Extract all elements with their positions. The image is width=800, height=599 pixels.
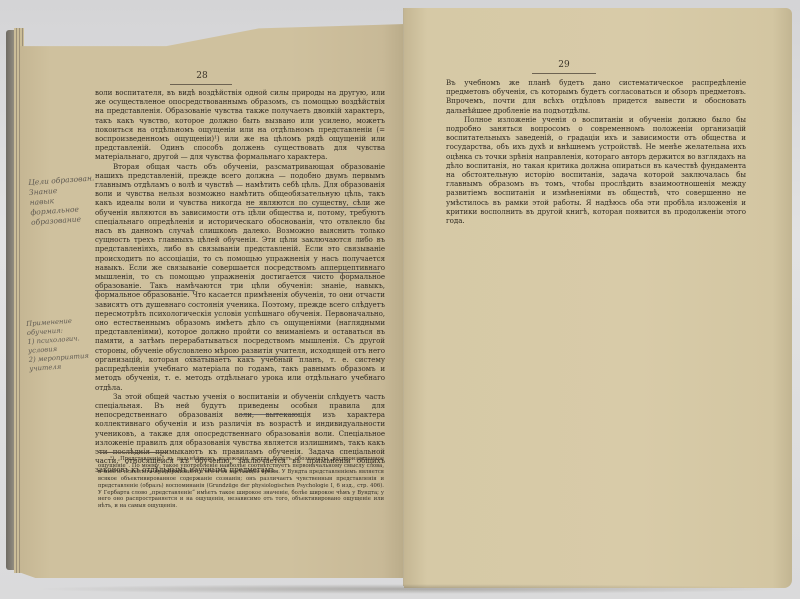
footnote-rule [98,452,168,453]
right-page-body: Въ учебномъ же планѣ будетъ дано система… [446,78,746,225]
page-number-rule-right [532,73,596,74]
page-number-right: 29 [544,60,584,70]
left-page: 28 воли воспитателя, въ видѣ воздѣйствія… [20,24,405,578]
book-shadow [30,584,790,594]
footnote-text: ¹) „Представленіе“ въ дальнѣйшемъ изложе… [98,456,384,510]
page-number-rule-left [170,84,232,85]
footnote: ¹) „Представленіе“ въ дальнѣйшемъ изложе… [98,456,384,510]
pencil-underline [290,272,380,273]
right-page: 29 Въ учебномъ же планѣ будетъ дано сист… [404,8,792,588]
right-paragraph-2: Полное изложеніе ученія о воспитаніи и о… [446,115,746,225]
pencil-underline [190,356,300,357]
pencil-marginalia-goals: Цели образован. Знание навык формальное … [28,173,101,228]
open-book: 28 воли воспитателя, въ видѣ воздѣйствія… [0,0,800,599]
left-paragraph-2: Вторая общая часть объ обученіи, разсмат… [95,162,385,392]
pencil-underline [240,414,300,415]
left-paragraph-1: воли воспитателя, въ видѣ воздѣйствія од… [95,88,385,162]
pencil-underline [95,290,195,291]
page-number-left: 28 [182,71,222,81]
pencil-underline [248,207,368,208]
pencil-marginalia-application: Применение обучения: 1) психологич. усло… [26,315,102,374]
right-paragraph-1: Въ учебномъ же планѣ будетъ дано система… [446,78,746,115]
left-page-body: воли воспитателя, въ видѣ воздѣйствія од… [95,88,385,475]
